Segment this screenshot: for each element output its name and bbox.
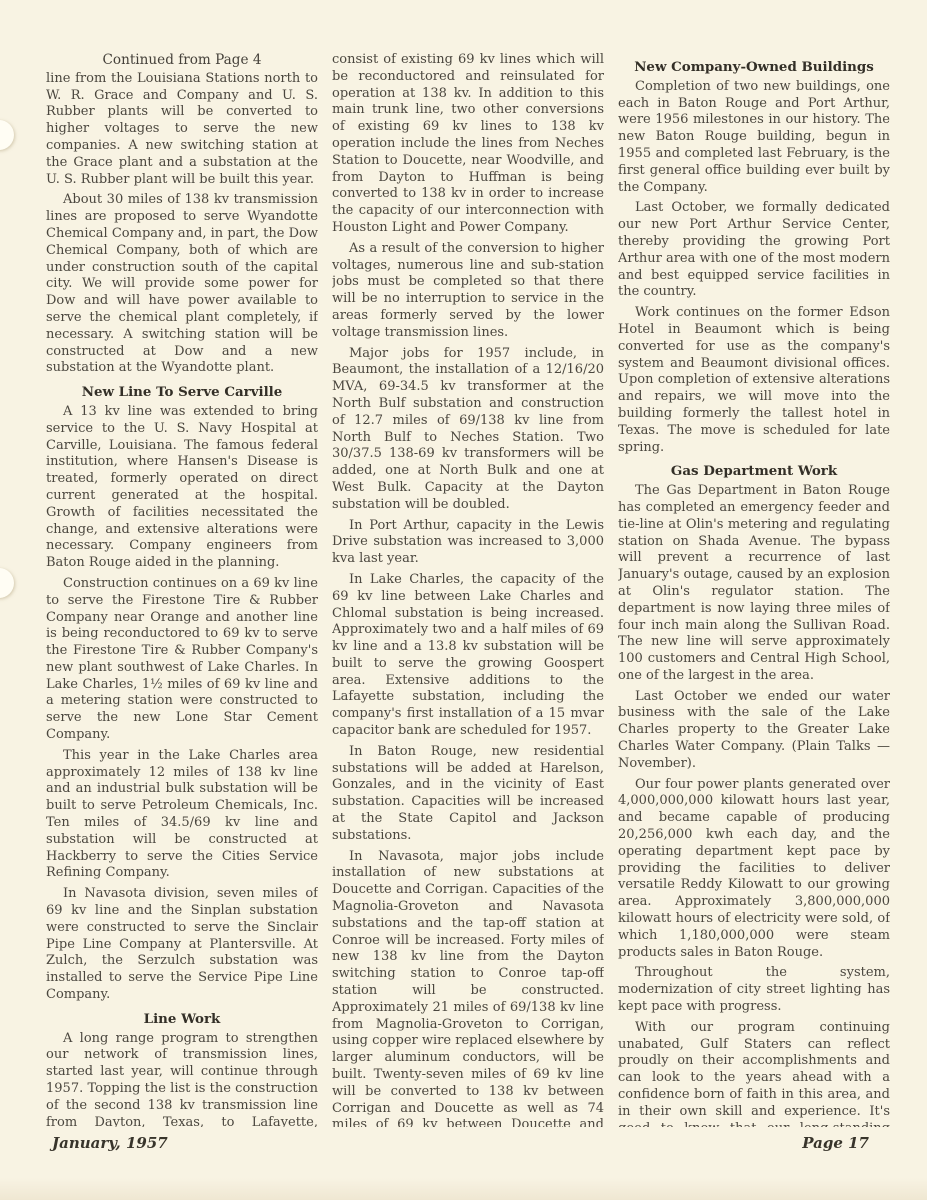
column-2: consist of existing 69 kv lines which wi…	[332, 52, 604, 1127]
paragraph: In Navasota division, seven miles of 69 …	[46, 886, 318, 1004]
paragraph: Throughout the system, modernization of …	[618, 965, 890, 1015]
column-3: New Company-Owned BuildingsCompletion of…	[618, 52, 890, 1127]
paragraph: In Lake Charles, the capacity of the 69 …	[332, 572, 604, 740]
section-heading: New Line To Serve Carville	[46, 384, 318, 401]
paragraph: Major jobs for 1957 include, in Beaumont…	[332, 346, 604, 514]
paragraph: With our program continuing unabated, Gu…	[618, 1020, 890, 1127]
continued-note: Continued from Page 4	[46, 52, 318, 69]
section-heading: New Company-Owned Buildings	[618, 59, 890, 76]
paragraph: In Navasota, major jobs include installa…	[332, 849, 604, 1127]
paragraph: Our four power plants generated over 4,0…	[618, 777, 890, 962]
article-body: Continued from Page 4line from the Louis…	[46, 52, 890, 1127]
paragraph: As a result of the conversion to higher …	[332, 241, 604, 342]
paragraph: Construction continues on a 69 kv line t…	[46, 576, 318, 744]
paragraph: The Gas Department in Baton Rouge has co…	[618, 483, 890, 685]
paper-bottom-edge	[0, 1178, 927, 1200]
paragraph: About 30 miles of 138 kv transmission li…	[46, 192, 318, 377]
section-heading: Gas Department Work	[618, 463, 890, 480]
paragraph: consist of existing 69 kv lines which wi…	[332, 52, 604, 237]
footer-date: January, 1957	[52, 1134, 168, 1152]
paragraph: Last October, we formally dedicated our …	[618, 200, 890, 301]
section-heading: Line Work	[46, 1011, 318, 1028]
paragraph: Work continues on the former Edson Hotel…	[618, 305, 890, 456]
punch-hole	[0, 568, 14, 598]
footer-page-number: Page 17	[802, 1134, 869, 1152]
paragraph: This year in the Lake Charles area appro…	[46, 748, 318, 882]
paragraph: line from the Louisiana Stations north t…	[46, 71, 318, 189]
paragraph: In Port Arthur, capacity in the Lewis Dr…	[332, 518, 604, 568]
page-footer: January, 1957 Page 17	[52, 1134, 869, 1152]
paragraph: A long range program to strengthen our n…	[46, 1031, 318, 1127]
punch-hole	[0, 120, 14, 150]
column-1: Continued from Page 4line from the Louis…	[46, 52, 318, 1127]
paragraph: A 13 kv line was extended to bring servi…	[46, 404, 318, 572]
paragraph: Completion of two new buildings, one eac…	[618, 79, 890, 197]
paragraph: Last October we ended our water business…	[618, 689, 890, 773]
paragraph: In Baton Rouge, new residential substati…	[332, 744, 604, 845]
